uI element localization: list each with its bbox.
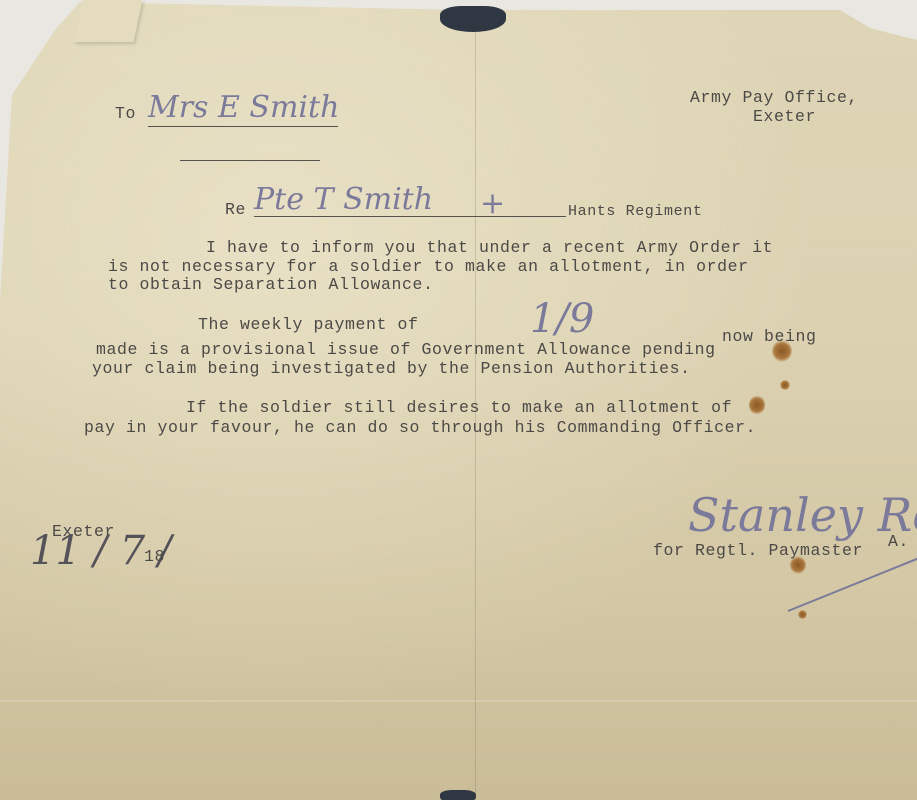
folded-corner	[74, 0, 143, 42]
signoff-initial: A.	[888, 532, 909, 551]
address-blank-line	[180, 160, 320, 161]
re-label: Re	[225, 200, 246, 219]
regiment: Hants Regiment	[568, 203, 702, 220]
addressee-underline	[148, 126, 338, 127]
paragraph1-line1: I have to inform you that under a recent…	[206, 238, 773, 257]
paragraph3-line1: If the soldier still desires to make an …	[186, 398, 732, 417]
paragraph3-line2: pay in your favour, he can do so through…	[84, 418, 756, 437]
paragraph1-line3: to obtain Separation Allowance.	[108, 275, 434, 294]
footer-year: 18	[144, 547, 165, 566]
to-label: To	[115, 104, 136, 123]
paper-clip-mark-bottom	[440, 790, 476, 800]
rust-stain	[749, 395, 765, 415]
paragraph2-line3: your claim being investigated by the Pen…	[92, 359, 691, 378]
reference-underline	[254, 216, 566, 217]
rust-stain	[780, 380, 790, 390]
paragraph1-line2: is not necessary for a soldier to make a…	[108, 257, 749, 276]
rust-stain	[798, 610, 807, 619]
paymaster-signature: Stanley Rob	[688, 488, 917, 542]
paragraph2-line2: made is a provisional issue of Governmen…	[96, 340, 716, 359]
paragraph2-line1-prefix: The weekly payment of	[198, 315, 419, 334]
weekly-amount: 1/9	[530, 296, 594, 342]
paper-clip-mark-top	[440, 6, 506, 32]
signoff: for Regtl. Paymaster	[653, 541, 863, 560]
horizontal-fold-crease	[0, 700, 917, 702]
paragraph2-line1-suffix: now being	[722, 327, 817, 346]
addressee-name: Mrs E Smith	[148, 90, 339, 125]
soldier-name: Pte T Smith	[254, 182, 433, 217]
office-name: Army Pay Office,	[690, 88, 858, 107]
office-city: Exeter	[753, 107, 816, 126]
